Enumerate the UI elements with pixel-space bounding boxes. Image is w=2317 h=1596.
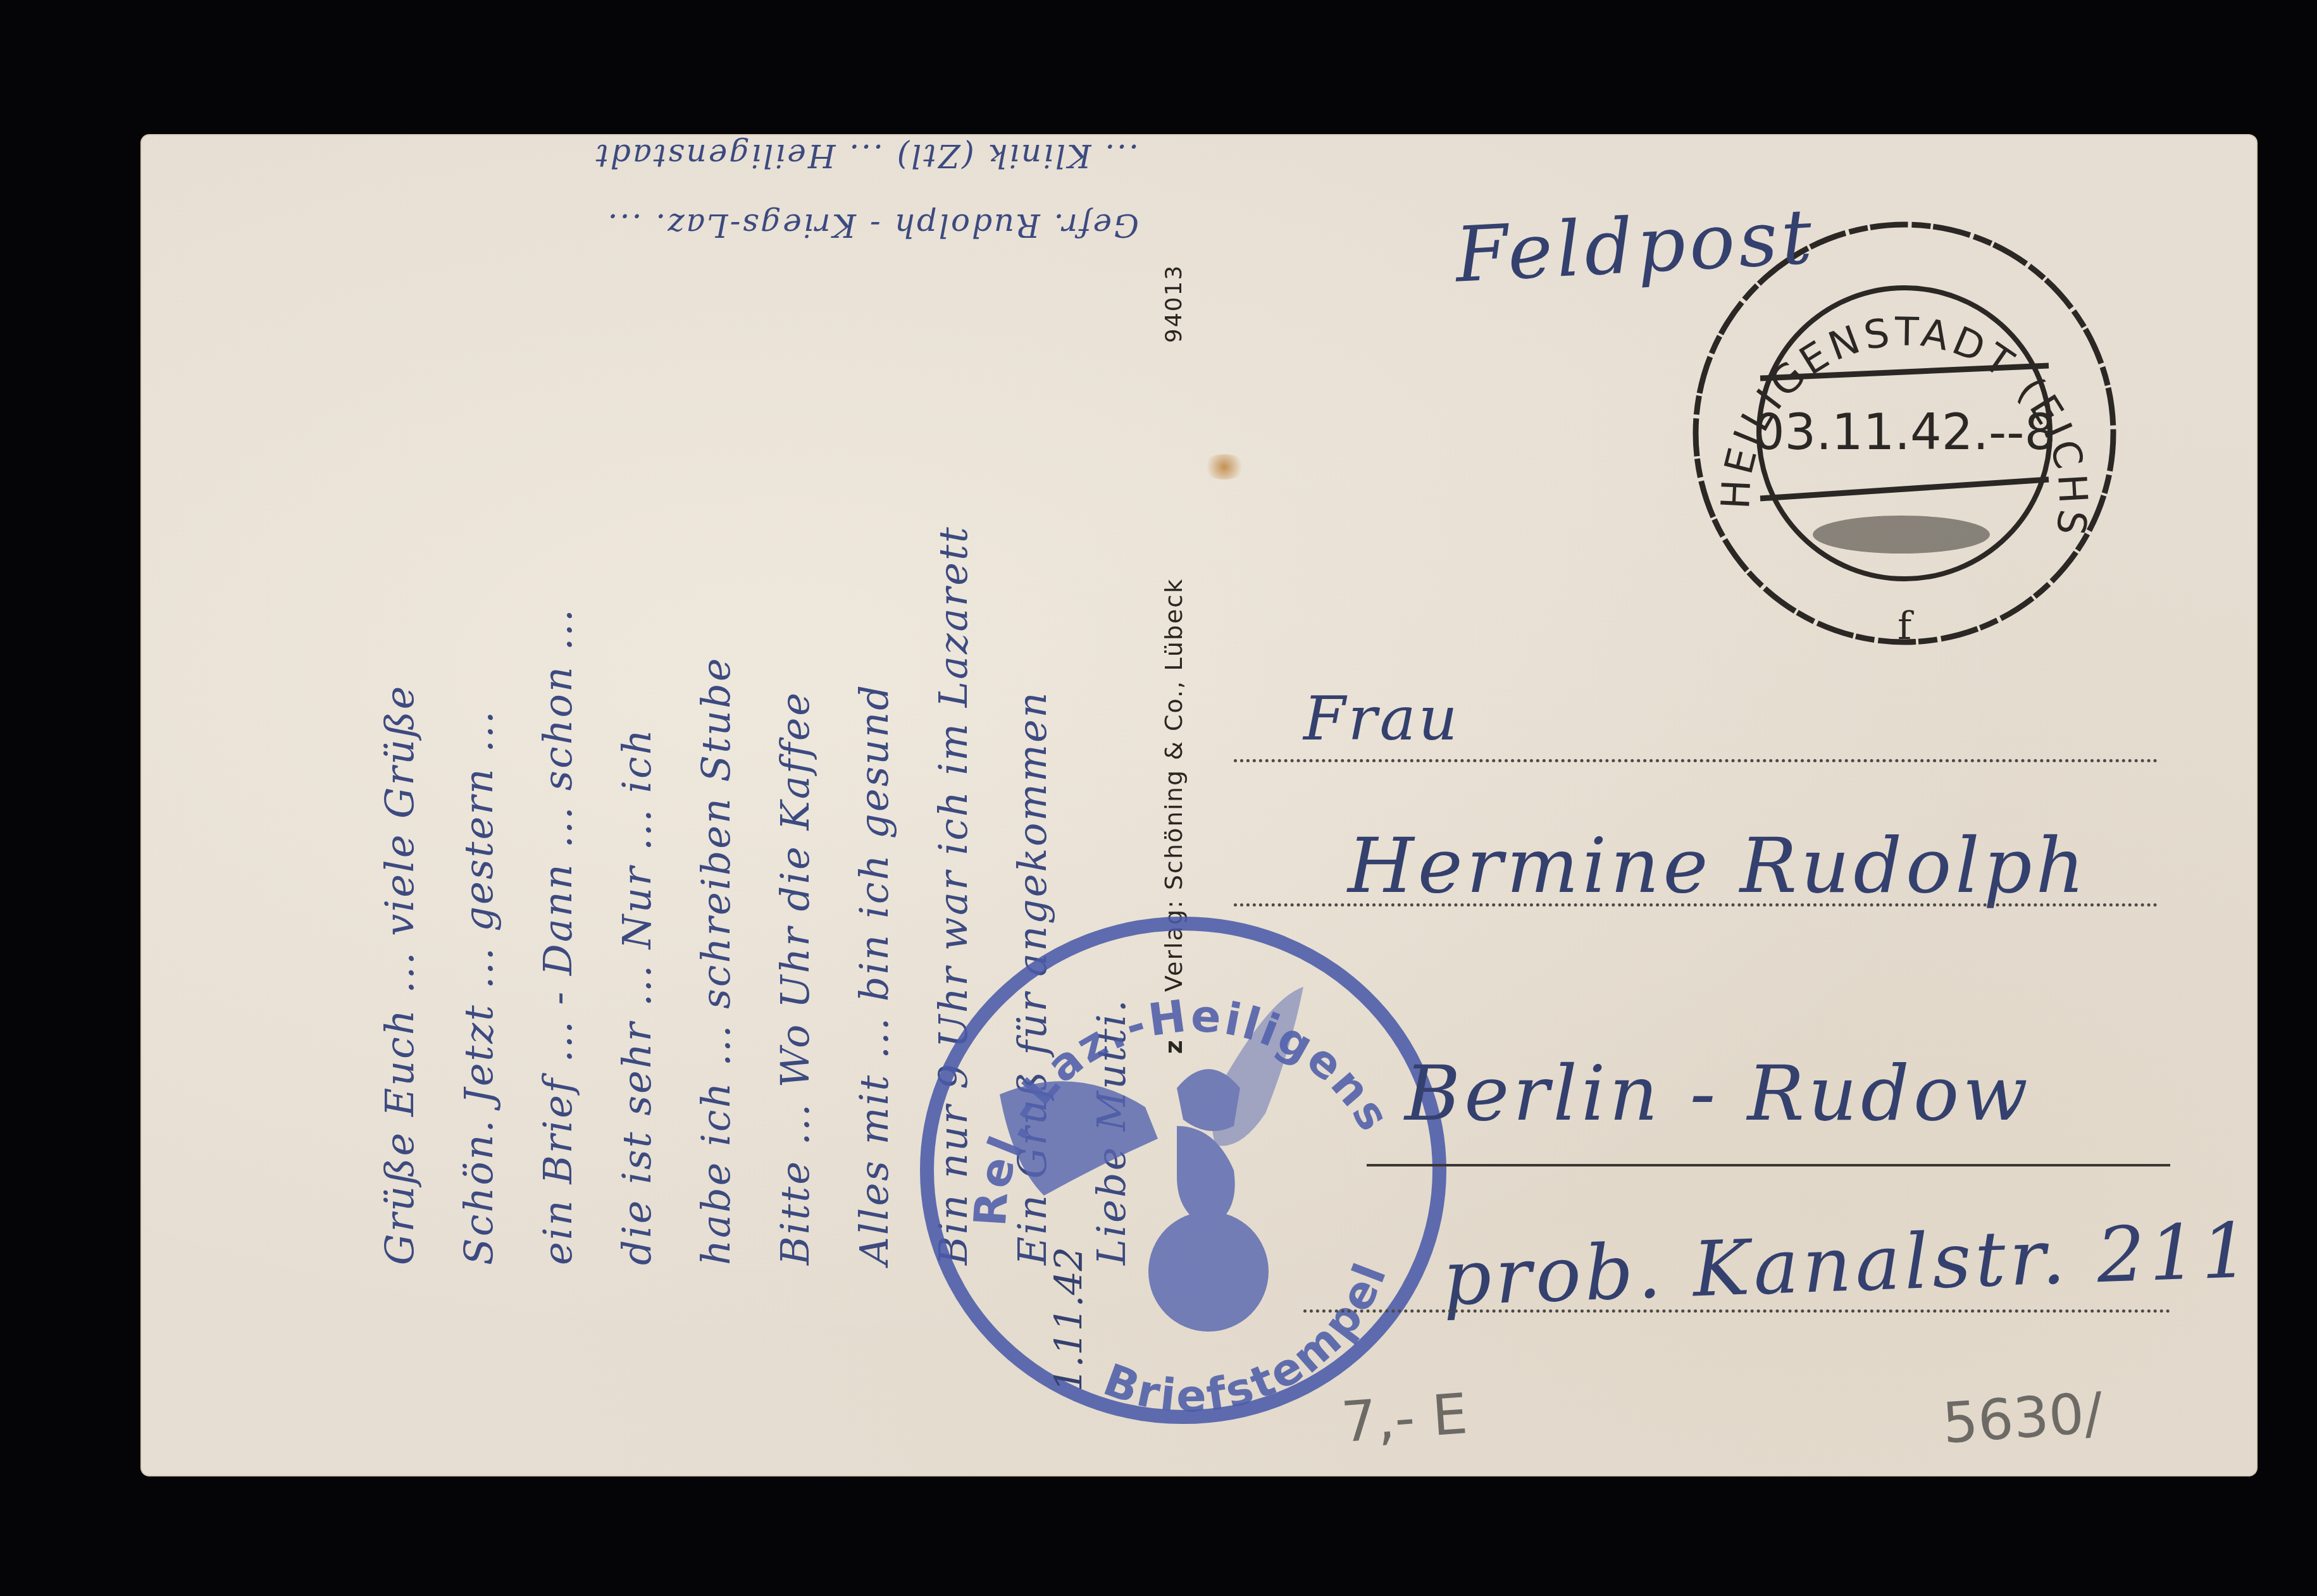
message-line: Grüße Euch ... viele Grüße <box>376 684 423 1265</box>
message-line: Schön. Jetzt ... gestern ... <box>456 709 502 1265</box>
address-salutation: Frau <box>1303 683 1460 754</box>
service-mark: Feldpost <box>1453 193 1818 300</box>
postmark-letter: f <box>1898 604 1914 648</box>
message-header-line: ... Klinik (Ztl) ... Heiligenstadt <box>594 137 1139 174</box>
address-city: Berlin - Rudow <box>1405 1050 2032 1138</box>
censor-handwritten-date: 1.11.42 <box>1047 1247 1091 1392</box>
message-line: ein Brief ... - Dann ... schon ... <box>535 607 581 1265</box>
message-line: die ist sehr ... Nur ... ich <box>614 727 660 1265</box>
postmark-date: 03.11.42.--8 <box>1753 404 2056 461</box>
censor-stamp: Rel.-Laz.-Heiligenstadt Briefstempel 1.1… <box>911 898 1455 1442</box>
address-name: Hermine Rudolph <box>1348 822 2089 910</box>
pencil-note-catalog: 5630/ <box>1941 1380 2105 1456</box>
message-line: habe ich ... schreiben Stube <box>693 657 739 1265</box>
message-line: Bitte ... Wo Uhr die Kaffee <box>772 691 818 1265</box>
address-city-underline <box>1367 1164 2170 1166</box>
address-line-4 <box>1303 1309 2170 1313</box>
pencil-note-price: 7,- E <box>1339 1381 1470 1455</box>
print-number: 94013 <box>1161 264 1187 343</box>
address-line-2 <box>1234 903 2158 906</box>
rust-stain <box>1202 454 1246 479</box>
message-header-line: Gefr. Rudolph - Kriegs-Laz. ... <box>606 207 1139 244</box>
message-line: Alles mit ... bin ich gesund <box>851 683 897 1265</box>
address-line-1 <box>1234 759 2158 762</box>
